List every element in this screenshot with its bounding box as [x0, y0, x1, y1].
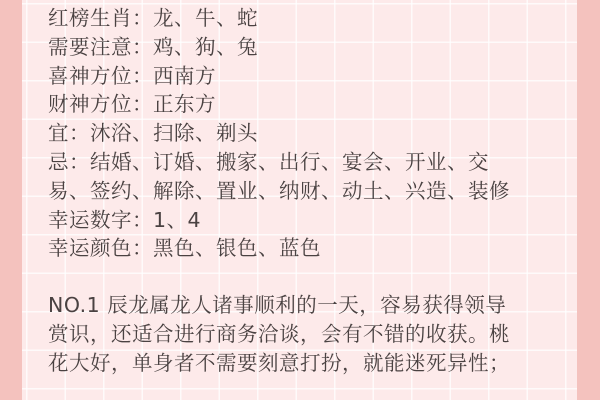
info-label: 宜：	[48, 121, 90, 145]
info-label: 财神方位：	[48, 92, 153, 116]
info-label: 红榜生肖：	[48, 6, 153, 30]
info-value: 1、4	[153, 208, 201, 232]
info-value: 龙、牛、蛇	[153, 6, 258, 30]
info-label: 忌：	[48, 150, 90, 174]
ranking-paragraph: NO.1 辰龙属龙人诸事顺利的一天，容易获得领导 赏识，还适合进行商务洽谈，会有…	[48, 291, 578, 377]
info-line-lucky-zodiac: 红榜生肖：龙、牛、蛇	[48, 4, 578, 33]
paragraph-line: 赏识，还适合进行商务洽谈，会有不错的收获。桃	[48, 320, 578, 349]
info-line-lucky-number: 幸运数字：1、4	[48, 206, 578, 235]
info-line-caution-zodiac: 需要注意：鸡、狗、兔	[48, 33, 578, 62]
info-label: 喜神方位：	[48, 64, 153, 88]
paragraph-line: NO.1 辰龙属龙人诸事顺利的一天，容易获得领导	[48, 291, 578, 320]
info-line-wealth-direction: 财神方位：正东方	[48, 90, 578, 119]
page-frame: 红榜生肖：龙、牛、蛇 需要注意：鸡、狗、兔 喜神方位：西南方 财神方位：正东方 …	[0, 0, 600, 400]
info-label: 幸运颜色：	[48, 236, 153, 260]
info-label: 幸运数字：	[48, 208, 153, 232]
section-spacer	[48, 263, 578, 291]
info-line-auspicious: 宜：沐浴、扫除、剃头	[48, 119, 578, 148]
info-line-inauspicious: 忌：结婚、订婚、搬家、出行、宴会、开业、交	[48, 148, 578, 177]
info-line-inauspicious-cont: 易、签约、解除、置业、纳财、动土、兴造、装修	[48, 177, 578, 206]
info-line-lucky-color: 幸运颜色：黑色、银色、蓝色	[48, 234, 578, 263]
paragraph-line: 花大好，单身者不需要刻意打扮，就能迷死异性；	[48, 349, 578, 378]
info-value: 黑色、银色、蓝色	[153, 236, 321, 260]
info-line-joy-direction: 喜神方位：西南方	[48, 62, 578, 91]
info-value: 鸡、狗、兔	[153, 35, 258, 59]
info-value: 西南方	[153, 64, 216, 88]
horoscope-content: 红榜生肖：龙、牛、蛇 需要注意：鸡、狗、兔 喜神方位：西南方 财神方位：正东方 …	[48, 4, 578, 378]
info-label: 需要注意：	[48, 35, 153, 59]
info-value: 易、签约、解除、置业、纳财、动土、兴造、装修	[48, 179, 510, 203]
info-value: 正东方	[153, 92, 216, 116]
daily-info-list: 红榜生肖：龙、牛、蛇 需要注意：鸡、狗、兔 喜神方位：西南方 财神方位：正东方 …	[48, 4, 578, 263]
info-value: 沐浴、扫除、剃头	[90, 121, 258, 145]
info-value: 结婚、订婚、搬家、出行、宴会、开业、交	[90, 150, 489, 174]
